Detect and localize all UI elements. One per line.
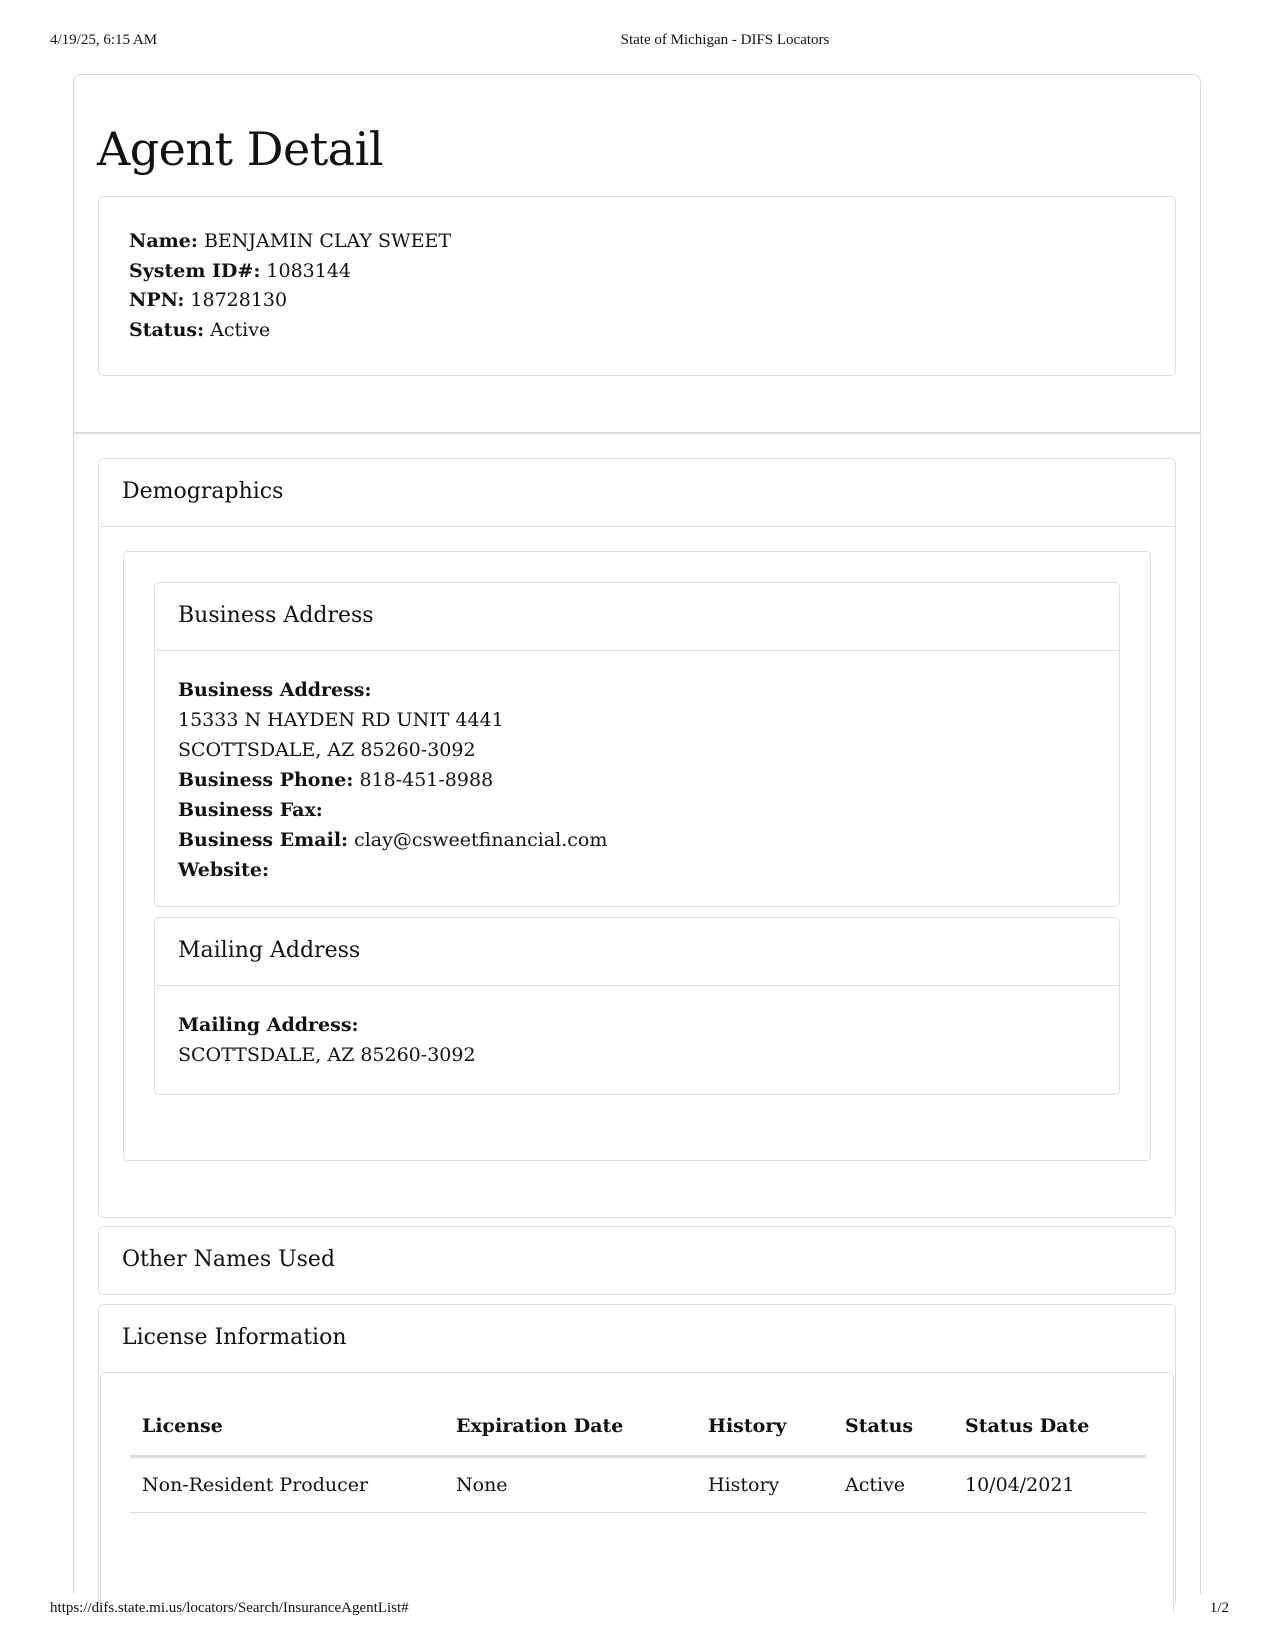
demographics-heading[interactable]: Demographics: [99, 459, 1175, 527]
system-id: 1083144: [266, 260, 351, 282]
expiration-date: None: [444, 1457, 696, 1513]
business-fax-label: Business Fax:: [178, 799, 323, 821]
mailing-address-heading[interactable]: Mailing Address: [155, 918, 1119, 986]
business-phone-label: Business Phone:: [178, 769, 353, 791]
demographics-panel: Demographics Business Address Business A…: [98, 458, 1176, 1218]
npn-row: NPN: 18728130: [129, 286, 1145, 316]
website-label: Website:: [178, 859, 269, 881]
system-id-row: System ID#: 1083144: [129, 257, 1145, 287]
name-label: Name:: [129, 230, 198, 252]
business-address-panel: Business Address Business Address: 15333…: [154, 582, 1120, 907]
demographics-body: Business Address Business Address: 15333…: [123, 551, 1151, 1161]
status-row: Status: Active: [129, 316, 1145, 346]
license-information-panel: License Information License Expiration D…: [98, 1304, 1176, 1604]
mailing-address-body: Mailing Address: SCOTTSDALE, AZ 85260-30…: [155, 986, 1119, 1094]
license-information-heading[interactable]: License Information: [99, 1305, 1175, 1373]
license-type: Non-Resident Producer: [130, 1457, 444, 1513]
business-address-body: Business Address: 15333 N HAYDEN RD UNIT…: [155, 651, 1119, 909]
mailing-address-panel: Mailing Address Mailing Address: SCOTTSD…: [154, 917, 1120, 1095]
print-page-number: 1/2: [1210, 1600, 1229, 1617]
column-header-status: Status: [833, 1403, 953, 1457]
page-title: Agent Detail: [97, 122, 383, 176]
column-header-status-date: Status Date: [953, 1403, 1146, 1457]
npn-label: NPN:: [129, 289, 184, 311]
print-header: 4/19/25, 6:15 AM State of Michigan - DIF…: [0, 32, 1275, 52]
print-page-title: State of Michigan - DIFS Locators: [0, 32, 1275, 49]
business-address-line2: SCOTTSDALE, AZ 85260-3092: [178, 735, 1096, 765]
business-address-heading[interactable]: Business Address: [155, 583, 1119, 651]
column-header-license: License: [130, 1403, 444, 1457]
column-header-expiration-date: Expiration Date: [444, 1403, 696, 1457]
agent-summary: Name: BENJAMIN CLAY SWEET System ID#: 10…: [98, 196, 1176, 376]
status-value: Active: [210, 319, 270, 341]
print-footer: https://difs.state.mi.us/locators/Search…: [0, 1600, 1275, 1620]
status-date: 10/04/2021: [953, 1457, 1146, 1513]
license-table-container: License Expiration Date History Status S…: [100, 1372, 1174, 1612]
other-names-heading[interactable]: Other Names Used: [99, 1227, 1175, 1295]
system-id-label: System ID#:: [129, 260, 260, 282]
agent-name: BENJAMIN CLAY SWEET: [204, 230, 451, 252]
business-email: clay@csweetfinancial.com: [354, 829, 607, 851]
print-url: https://difs.state.mi.us/locators/Search…: [50, 1600, 409, 1617]
mailing-address-label: Mailing Address:: [178, 1014, 359, 1036]
license-table-header: License Expiration Date History Status S…: [130, 1403, 1146, 1457]
business-address-line1: 15333 N HAYDEN RD UNIT 4441: [178, 705, 1096, 735]
npn-value: 18728130: [190, 289, 287, 311]
history-link[interactable]: History: [696, 1457, 833, 1513]
mailing-address-line1: SCOTTSDALE, AZ 85260-3092: [178, 1040, 1096, 1070]
column-header-history: History: [696, 1403, 833, 1457]
business-phone: 818-451-8988: [359, 769, 493, 791]
license-table: License Expiration Date History Status S…: [130, 1403, 1146, 1513]
table-row: Non-Resident Producer None History Activ…: [130, 1457, 1146, 1513]
agent-name-row: Name: BENJAMIN CLAY SWEET: [129, 227, 1145, 257]
other-names-panel: Other Names Used: [98, 1226, 1176, 1295]
business-email-label: Business Email:: [178, 829, 348, 851]
license-status: Active: [833, 1457, 953, 1513]
business-address-label: Business Address:: [178, 679, 372, 701]
section-divider: [73, 432, 1201, 434]
status-label: Status:: [129, 319, 204, 341]
